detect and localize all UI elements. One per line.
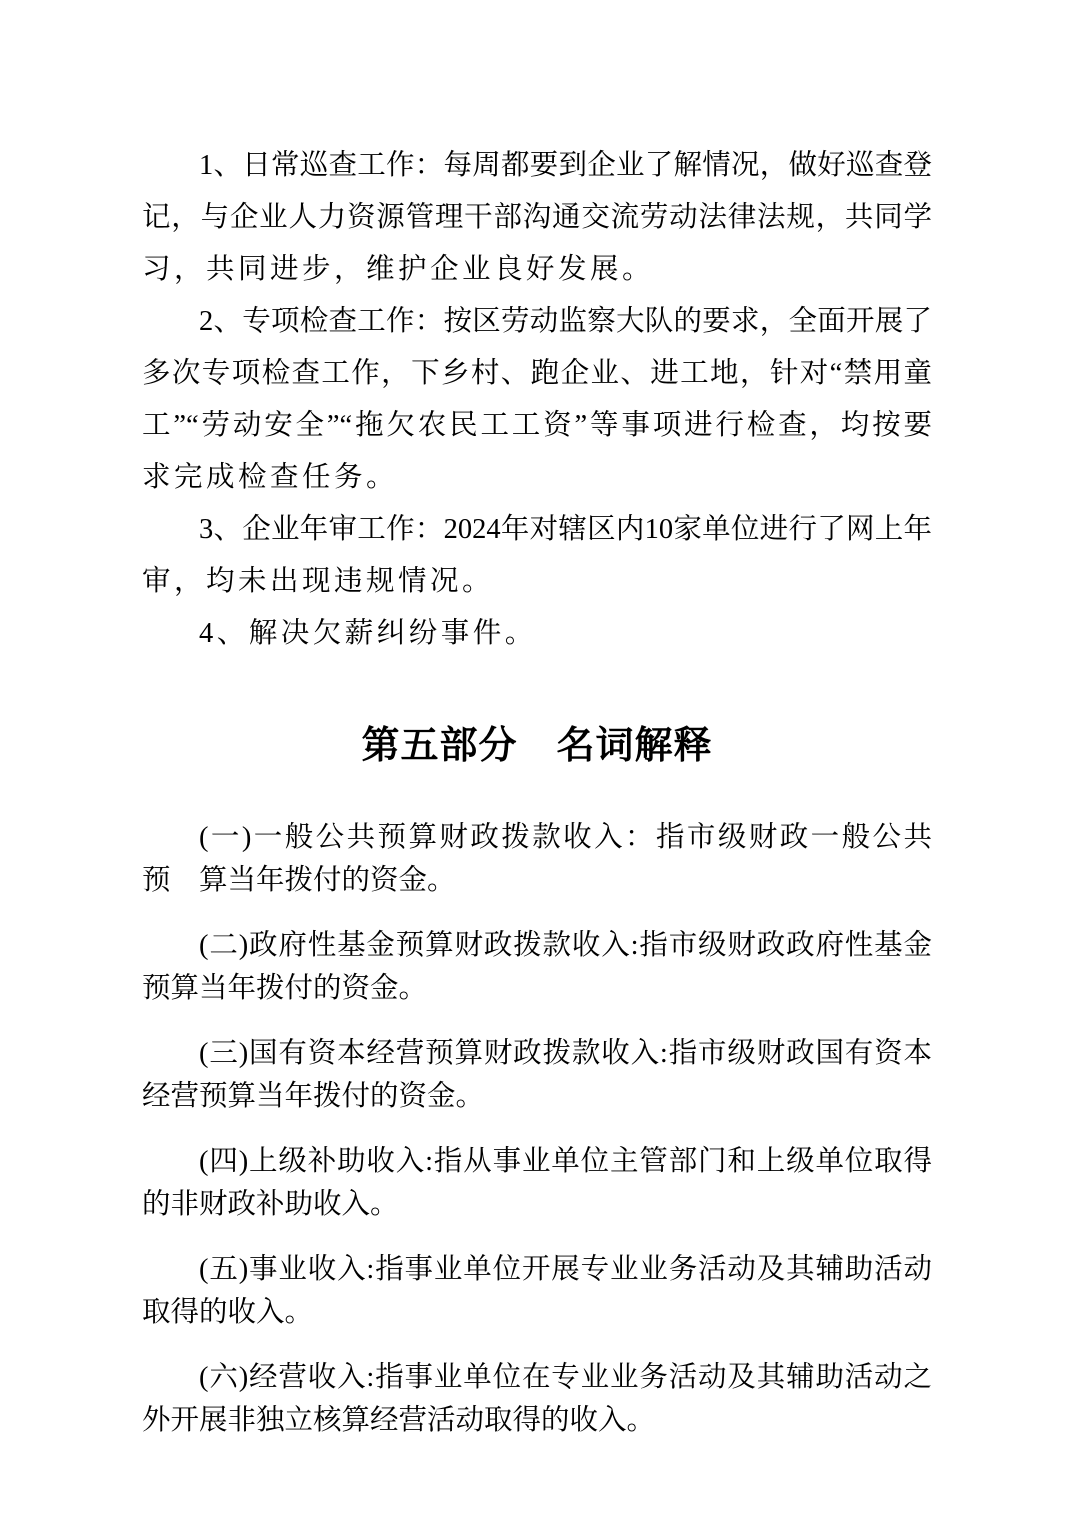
text-line: 多次专项检查工作，下乡村、跑企业、进工地，针对“禁用童 [142, 348, 932, 400]
work-paragraph-annual-review: 3、企业年审工作：2024年对辖区内10家单位进行了网上年 审，均未出现违规情况… [142, 504, 932, 608]
text-line: 求完成检查任务。 [142, 452, 932, 504]
glossary-item-institutional-income: (五)事业收入:指事业单位开展专业业务活动及其辅助活动 取得的收入。 [142, 1248, 932, 1334]
text-line: (六)经营收入:指事业单位在专业业务活动及其辅助活动之 [142, 1356, 932, 1399]
work-paragraph-wage-disputes: 4、解决欠薪纠纷事件。 [142, 608, 932, 660]
text-line: 外开展非独立核算经营活动取得的收入。 [142, 1399, 932, 1442]
glossary-item-operating-income: (六)经营收入:指事业单位在专业业务活动及其辅助活动之 外开展非独立核算经营活动… [142, 1356, 932, 1442]
work-paragraph-daily-inspection: 1、日常巡查工作：每周都要到企业了解情况，做好巡查登 记，与企业人力资源管理干部… [142, 140, 932, 296]
text-line: 4、解决欠薪纠纷事件。 [142, 608, 932, 660]
work-report-section: 1、日常巡查工作：每周都要到企业了解情况，做好巡查登 记，与企业人力资源管理干部… [142, 140, 932, 660]
text-line: 工”“劳动安全”“拖欠农民工工资”等事项进行检查，均按要 [142, 400, 932, 452]
text-line: 审，均未出现违规情况。 [142, 556, 932, 608]
glossary-item-government-fund-budget: (二)政府性基金预算财政拨款收入:指市级财政政府性基金 预算当年拨付的资金。 [142, 924, 932, 1010]
text-line: 经营预算当年拨付的资金。 [142, 1075, 932, 1118]
text-line: 预算当年拨付的资金。 [142, 967, 932, 1010]
text-line: (三)国有资本经营预算财政拨款收入:指市级财政国有资本 [142, 1032, 932, 1075]
text-line: (五)事业收入:指事业单位开展专业业务活动及其辅助活动 [142, 1248, 932, 1291]
document-page: 1、日常巡查工作：每周都要到企业了解情况，做好巡查登 记，与企业人力资源管理干部… [0, 0, 1074, 1520]
glossary-section: (一)一般公共预算财政拨款收入：指市级财政一般公共 预 算当年拨付的资金。 (二… [142, 816, 932, 1442]
text-line: 预 算当年拨付的资金。 [142, 859, 932, 902]
text-line: 2、专项检查工作：按区劳动监察大队的要求，全面开展了 [142, 296, 932, 348]
text-line: 的非财政补助收入。 [142, 1183, 932, 1226]
work-paragraph-special-inspection: 2、专项检查工作：按区劳动监察大队的要求，全面开展了 多次专项检查工作，下乡村、… [142, 296, 932, 504]
glossary-item-superior-subsidy-income: (四)上级补助收入:指从事业单位主管部门和上级单位取得 的非财政补助收入。 [142, 1140, 932, 1226]
text-line: 1、日常巡查工作：每周都要到企业了解情况，做好巡查登 [142, 140, 932, 192]
text-line: (一)一般公共预算财政拨款收入：指市级财政一般公共 [142, 816, 932, 859]
section-five-heading: 第五部分 名词解释 [142, 724, 932, 768]
text-line: 记，与企业人力资源管理干部沟通交流劳动法律法规，共同学 [142, 192, 932, 244]
text-line: (二)政府性基金预算财政拨款收入:指市级财政政府性基金 [142, 924, 932, 967]
text-line: 取得的收入。 [142, 1291, 932, 1334]
glossary-item-general-public-budget: (一)一般公共预算财政拨款收入：指市级财政一般公共 预 算当年拨付的资金。 [142, 816, 932, 902]
glossary-item-state-capital-budget: (三)国有资本经营预算财政拨款收入:指市级财政国有资本 经营预算当年拨付的资金。 [142, 1032, 932, 1118]
text-line: 3、企业年审工作：2024年对辖区内10家单位进行了网上年 [142, 504, 932, 556]
text-line: 习，共同进步，维护企业良好发展。 [142, 244, 932, 296]
document-content: 1、日常巡查工作：每周都要到企业了解情况，做好巡查登 记，与企业人力资源管理干部… [142, 0, 932, 1442]
text-line: (四)上级补助收入:指从事业单位主管部门和上级单位取得 [142, 1140, 932, 1183]
